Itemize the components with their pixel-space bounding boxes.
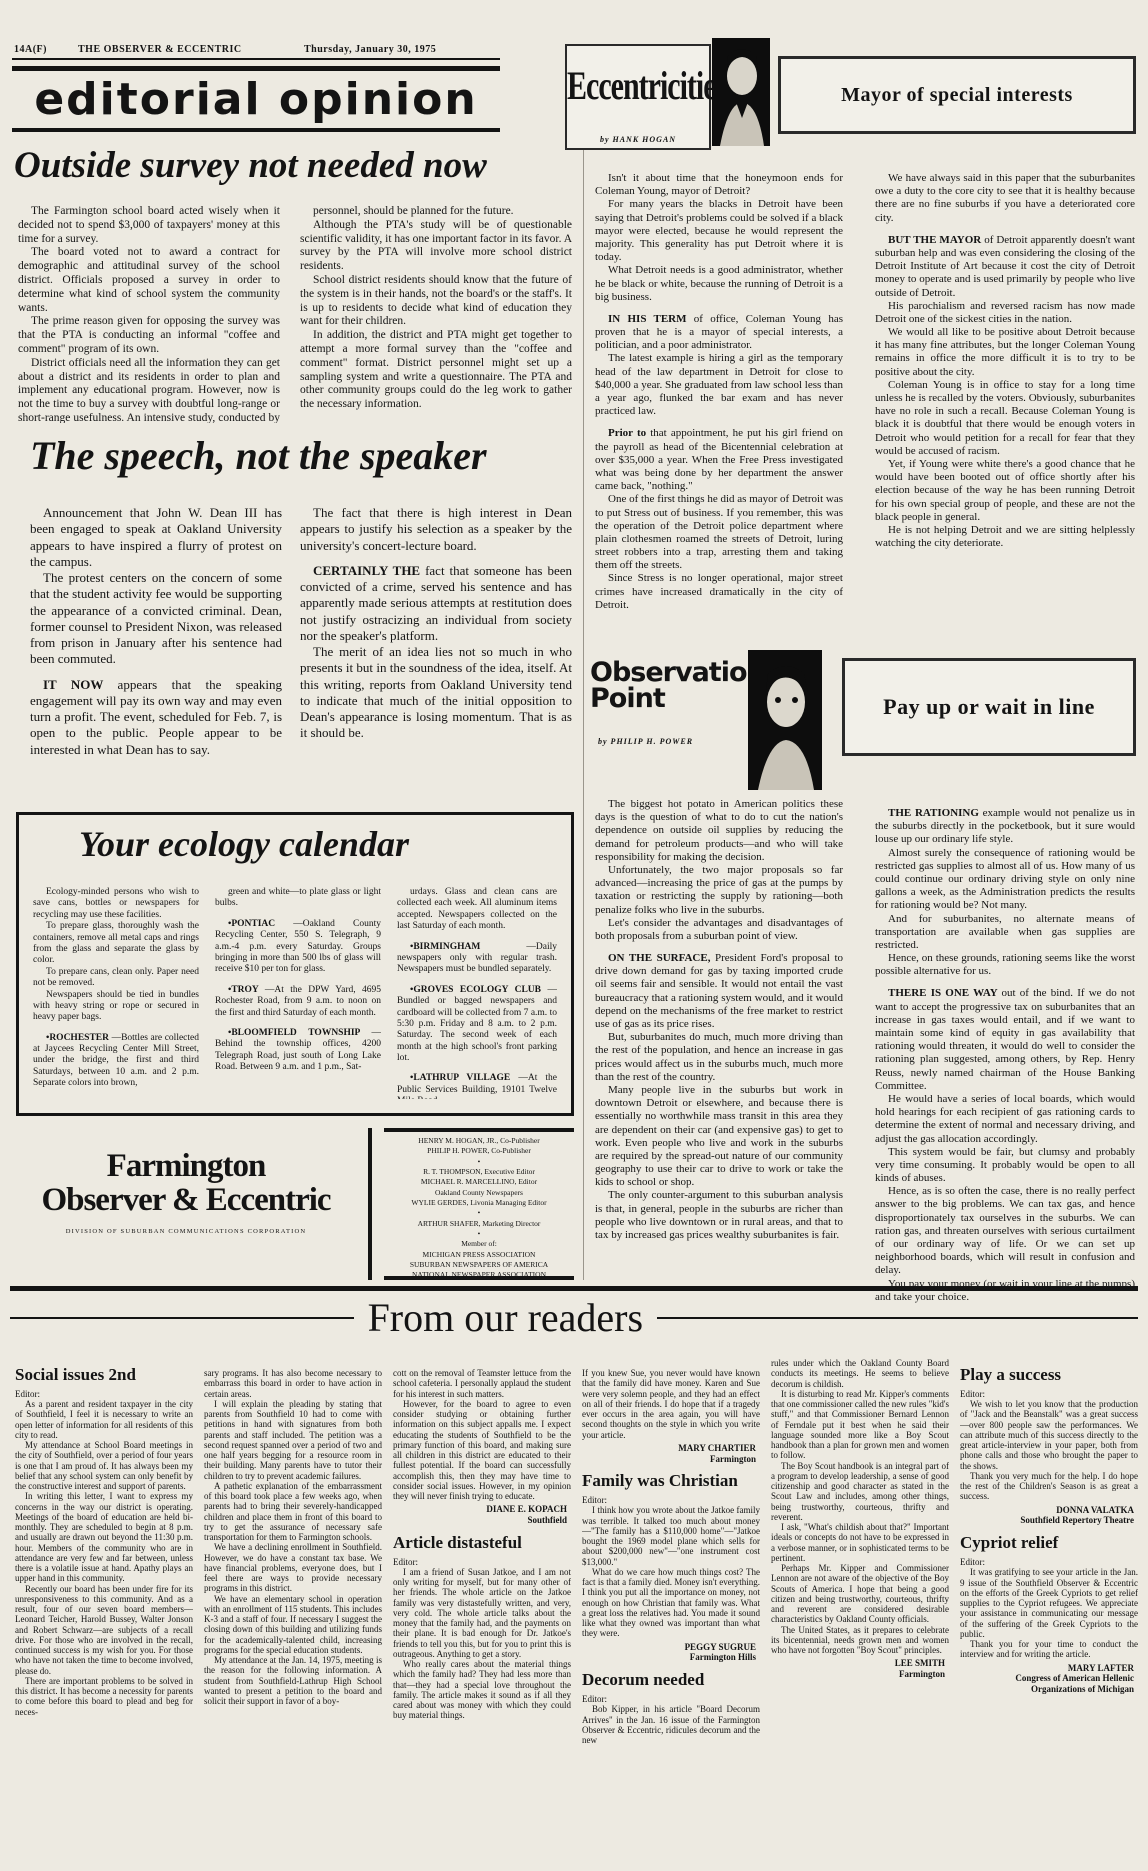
letter-paragraph: However, for the board to agree to even … [393, 1399, 571, 1502]
article1-col1: The Farmington school board acted wisely… [18, 205, 280, 423]
paragraph: personnel, should be planned for the fut… [300, 205, 572, 219]
paragraph: Let's consider the advantages and disadv… [595, 917, 843, 943]
paragraph: •BIRMINGHAM —Daily newspapers only with … [397, 942, 557, 976]
paragraph: The board voted not to award a contract … [18, 246, 280, 315]
ecology-title: Your ecology calendar [79, 823, 409, 865]
article1-col2: personnel, should be planned for the fut… [300, 205, 572, 423]
paper-name: THE OBSERVER & ECCENTRIC [78, 44, 242, 55]
paragraph: The latest example is hiring a girl as t… [595, 352, 843, 418]
readers-column-3: cott on the removal of Teamster lettuce … [393, 1368, 571, 1863]
staff-rule-bottom [384, 1276, 574, 1280]
paragraph: • [384, 1208, 574, 1218]
observation-byline: by PHILIP H. POWER [598, 737, 740, 746]
letter-signature: DIANE E. KOPACHSouthfield [393, 1504, 567, 1526]
eccentricities-headline-box: Mayor of special interests [778, 56, 1136, 134]
letter-paragraph: cott on the removal of Teamster lettuce … [393, 1368, 571, 1399]
observation-logo-block: Observation Point by PHILIP H. POWER [590, 660, 740, 780]
article1-headline: Outside survey not needed now [14, 144, 487, 187]
letter-heading: Play a success [960, 1366, 1138, 1384]
paragraph: The fact that there is high interest in … [300, 505, 572, 554]
banner-rule-bottom [12, 128, 500, 132]
letter-paragraph: Editor: [960, 1557, 1138, 1567]
banner-rule-top [12, 66, 500, 71]
paragraph: • [384, 1229, 574, 1239]
article2-col2: The fact that there is high interest in … [300, 505, 572, 805]
paragraph: urdays. Glass and clean cans are collect… [397, 887, 557, 933]
letter-heading: Social issues 2nd [15, 1366, 193, 1384]
masthead-division: DIVISION OF SUBURBAN COMMUNICATIONS CORP… [36, 1228, 336, 1235]
paragraph: •ROCHESTER —Bottles are collected at Jay… [33, 1033, 199, 1090]
philip-power-photo [748, 650, 822, 790]
letter-paragraph: If you knew Sue, you never would have kn… [582, 1368, 760, 1440]
letter-paragraph: My attendance at the Jan. 14, 1975, meet… [204, 1655, 382, 1706]
paragraph: Almost surely the consequence of rationi… [875, 847, 1135, 913]
eccentricities-logo-box: Eccentricities by HANK HOGAN [565, 44, 711, 150]
ecology-col1: Ecology-minded persons who wish to save … [33, 887, 199, 1099]
paragraph: IT NOW appears that the speaking engagem… [30, 677, 282, 758]
paragraph: And for suburbanites, no alternate means… [875, 913, 1135, 953]
hank-hogan-photo [712, 38, 770, 146]
readers-column-2: sary programs. It has also become necess… [204, 1368, 382, 1863]
eccentricities-logo: Eccentricities [567, 64, 709, 110]
letter-paragraph: As a parent and resident taxpayer in the… [15, 1399, 193, 1440]
readers-rule-left [10, 1317, 354, 1319]
ecology-calendar-box: Your ecology calendar Ecology-minded per… [16, 812, 574, 1116]
paragraph: •GROVES ECOLOGY CLUB —Bundled or bagged … [397, 985, 557, 1065]
paragraph: HENRY M. HOGAN, JR., Co-Publisher [384, 1136, 574, 1146]
paragraph: • [384, 1157, 574, 1167]
observation-col2: THE RATIONING example would not penalize… [875, 798, 1135, 1318]
eccentricities-byline: by HANK HOGAN [567, 135, 709, 144]
paragraph: To prepare glass, thoroughly wash the co… [33, 921, 199, 967]
letter-paragraph: There are important problems to be solve… [15, 1676, 193, 1717]
masthead-vertical-rule [368, 1128, 372, 1280]
letter-paragraph: rules under which the Oakland County Boa… [771, 1358, 949, 1389]
article2-col1: Announcement that John W. Dean III has b… [30, 505, 282, 805]
paragraph: School district residents should know th… [300, 274, 572, 329]
letter-paragraph: Editor: [582, 1694, 760, 1704]
paragraph: ON THE SURFACE, President Ford's proposa… [595, 952, 843, 1031]
paragraph: The merit of an idea lies not so much in… [300, 644, 572, 742]
masthead-logo-line2: Observer & Eccentric [36, 1184, 336, 1217]
letter-paragraph: My attendance at School Board meetings i… [15, 1440, 193, 1491]
letter-paragraph: Editor: [393, 1557, 571, 1567]
paragraph: CERTAINLY THE fact that someone has been… [300, 563, 572, 644]
paragraph: BUT THE MAYOR of Detroit apparently does… [875, 234, 1135, 300]
paragraph: District officials need all the informat… [18, 357, 280, 423]
letter-paragraph: I am a friend of Susan Jatkoe, and I am … [393, 1567, 571, 1659]
paragraph: The only counter-argument to this suburb… [595, 1189, 843, 1242]
letter-paragraph: We have a declining enrollment in Southf… [204, 1542, 382, 1593]
letter-signature: LEE SMITHFarmington [771, 1658, 945, 1680]
letter-signature: PEGGY SUGRUEFarmington Hills [582, 1642, 756, 1664]
letter-paragraph: It was gratifying to see your article in… [960, 1567, 1138, 1639]
letter-paragraph: sary programs. It has also become necess… [204, 1368, 382, 1399]
paragraph: Yet, if Young were white there's a good … [875, 458, 1135, 524]
newspaper-page: { "header": { "page_number": "14A(F)", "… [0, 0, 1148, 1871]
paragraph: green and white—to plate glass or light … [215, 887, 381, 910]
paragraph: Hence, as is so often the case, there is… [875, 1185, 1135, 1277]
observation-headline: Pay up or wait in line [883, 694, 1095, 720]
paragraph: Although the PTA's study will be of ques… [300, 219, 572, 274]
paragraph: •BLOOMFIELD TOWNSHIP —Behind the townshi… [215, 1028, 381, 1074]
paragraph: Prior to that appointment, he put his gi… [595, 427, 843, 493]
letter-paragraph: What do we care how much things cost? Th… [582, 1567, 760, 1639]
paragraph: The biggest hot potato in American polit… [595, 798, 843, 864]
paragraph: He would have a series of local boards, … [875, 1093, 1135, 1146]
paragraph: Newspapers should be tied in bundles wit… [33, 990, 199, 1024]
readers-column-5: rules under which the Oakland County Boa… [771, 1358, 949, 1863]
paragraph: •PONTIAC —Oakland County Recycling Cente… [215, 919, 381, 976]
paragraph: The prime reason given for opposing the … [18, 315, 280, 356]
paragraph: THERE IS ONE WAY out of the bind. If we … [875, 987, 1135, 1093]
paragraph: MICHIGAN PRESS ASSOCIATION [384, 1250, 574, 1260]
paragraph: Unfortunately, the two major proposals s… [595, 864, 843, 917]
paragraph: •LATHRUP VILLAGE —At the Public Services… [397, 1073, 557, 1099]
paragraph: We have always said in this paper that t… [875, 172, 1135, 225]
paragraph: We would all like to be positive about D… [875, 326, 1135, 379]
letter-paragraph: We wish to let you know that the product… [960, 1399, 1138, 1471]
letter-paragraph: I will explain the pleading by stating t… [204, 1399, 382, 1481]
paragraph: Many people live in the suburbs but work… [595, 1084, 843, 1190]
letter-paragraph: Editor: [15, 1389, 193, 1399]
readers-column-1: Social issues 2ndEditor:As a parent and … [15, 1358, 193, 1863]
observation-logo-line1: Observation [590, 660, 740, 686]
letter-signature: MARY LAFTERCongress of American Hellenic… [960, 1663, 1134, 1695]
masthead-logo-line1: Farmington [36, 1150, 336, 1183]
article2-headline: The speech, not the speaker [30, 432, 487, 479]
paragraph: He is not helping Detroit and we are sit… [875, 524, 1135, 550]
readers-column-4: If you knew Sue, you never would have kn… [582, 1368, 760, 1863]
portrait-silhouette [748, 650, 822, 790]
eccentricities-headline: Mayor of special interests [841, 84, 1073, 107]
letter-paragraph: The Boy Scout handbook is an integral pa… [771, 1461, 949, 1523]
paragraph: Hence, on these grounds, rationing seems… [875, 952, 1135, 978]
letter-paragraph: We have an elementary school in operatio… [204, 1594, 382, 1656]
letter-paragraph: Bob Kipper, in his article "Board Decoru… [582, 1704, 760, 1745]
letter-paragraph: Thank you for your time to conduct the i… [960, 1639, 1138, 1660]
page-number: 14A(F) [14, 44, 47, 55]
paragraph: Announcement that John W. Dean III has b… [30, 505, 282, 570]
paragraph: Ecology-minded persons who wish to save … [33, 887, 199, 921]
readers-rule-top [10, 1286, 1138, 1291]
eccentricities-col2: We have always said in this paper that t… [875, 172, 1135, 650]
paragraph: His parochialism and reversed racism has… [875, 300, 1135, 326]
letter-paragraph: Thank you very much for the help. I do h… [960, 1471, 1138, 1502]
letter-paragraph: In writing this letter, I want to expres… [15, 1491, 193, 1583]
page-header: 14A(F) THE OBSERVER & ECCENTRIC Thursday… [12, 42, 500, 60]
paragraph: One of the first things he did as mayor … [595, 493, 843, 572]
readers-title: From our readers [368, 1298, 643, 1338]
paragraph: The protest centers on the concern of so… [30, 570, 282, 668]
portrait-silhouette [712, 38, 770, 146]
letter-paragraph: Editor: [582, 1495, 760, 1505]
readers-header: From our readers [10, 1298, 1138, 1338]
paragraph: ARTHUR SHAFER, Marketing Director [384, 1219, 574, 1229]
ecology-col3: urdays. Glass and clean cans are collect… [397, 887, 557, 1099]
paragraph: Member of: [384, 1239, 574, 1249]
paragraph: PHILIP H. POWER, Co-Publisher [384, 1146, 574, 1156]
letter-signature: MARY CHARTIERFarmington [582, 1443, 756, 1465]
readers-column-6: Play a successEditor:We wish to let you … [960, 1358, 1138, 1863]
observation-headline-box: Pay up or wait in line [842, 658, 1136, 756]
paragraph: Oakland County Newspapers [384, 1188, 574, 1198]
paragraph: THE RATIONING example would not penalize… [875, 807, 1135, 847]
letter-signature: DONNA VALATKASouthfield Repertory Theatr… [960, 1505, 1134, 1527]
paragraph: In addition, the district and PTA might … [300, 329, 572, 412]
letter-paragraph: Editor: [960, 1389, 1138, 1399]
paragraph: To prepare cans, clean only. Paper need … [33, 967, 199, 990]
paragraph: But, suburbanites do much, much more dri… [595, 1031, 843, 1084]
observation-col1: The biggest hot potato in American polit… [595, 798, 843, 1313]
paragraph: What Detroit needs is a good administrat… [595, 264, 843, 304]
paragraph: SUBURBAN NEWSPAPERS OF AMERICA [384, 1260, 574, 1270]
paragraph: This system would be fair, but clumsy an… [875, 1146, 1135, 1186]
letter-heading: Decorum needed [582, 1671, 760, 1689]
letter-paragraph: A pathetic explanation of the embarrassm… [204, 1481, 382, 1543]
paragraph: For many years the blacks in Detroit hav… [595, 198, 843, 264]
paragraph: WYLIE GERDES, Livonia Managing Editor [384, 1198, 574, 1208]
letter-paragraph: I ask, "What's childish about that?" Imp… [771, 1522, 949, 1563]
paragraph: Coleman Young is in office to stay for a… [875, 379, 1135, 458]
letter-paragraph: I think how you wrote about the Jatkoe f… [582, 1505, 760, 1567]
observation-logo-line2: Point [590, 686, 740, 712]
letter-heading: Cypriot relief [960, 1534, 1138, 1552]
paragraph: MICHAEL R. MARCELLINO, Editor [384, 1177, 574, 1187]
paragraph: •TROY —At the DPW Yard, 4695 Rochester R… [215, 985, 381, 1019]
paragraph: IN HIS TERM of office, Coleman Young has… [595, 313, 843, 353]
readers-rule-right [657, 1317, 1138, 1319]
letter-heading: Article distasteful [393, 1534, 571, 1552]
masthead-staff-list: HENRY M. HOGAN, JR., Co-PublisherPHILIP … [384, 1136, 574, 1281]
column-divider [583, 150, 584, 1280]
masthead: Farmington Observer & Eccentric DIVISION… [16, 1128, 572, 1280]
paragraph: Isn't it about time that the honeymoon e… [595, 172, 843, 198]
letter-paragraph: Who really cares about the material thin… [393, 1659, 571, 1721]
eccentricities-col1: Isn't it about time that the honeymoon e… [595, 172, 843, 650]
letter-paragraph: The United States, as it prepares to cel… [771, 1625, 949, 1656]
letter-paragraph: Recently our board has been under fire f… [15, 1584, 193, 1676]
ecology-col2: green and white—to plate glass or light … [215, 887, 381, 1099]
letter-paragraph: Perhaps Mr. Kipper and Commissioner Lenn… [771, 1563, 949, 1625]
paragraph: Since Stress is no longer operational, m… [595, 572, 843, 612]
letter-heading: Family was Christian [582, 1472, 760, 1490]
section-banner: editorial opinion [12, 78, 500, 122]
paragraph: R. T. THOMPSON, Executive Editor [384, 1167, 574, 1177]
issue-date: Thursday, January 30, 1975 [304, 44, 436, 55]
staff-rule-top [384, 1128, 574, 1132]
letter-paragraph: It is disturbing to read Mr. Kipper's co… [771, 1389, 949, 1461]
paragraph: The Farmington school board acted wisely… [18, 205, 280, 246]
